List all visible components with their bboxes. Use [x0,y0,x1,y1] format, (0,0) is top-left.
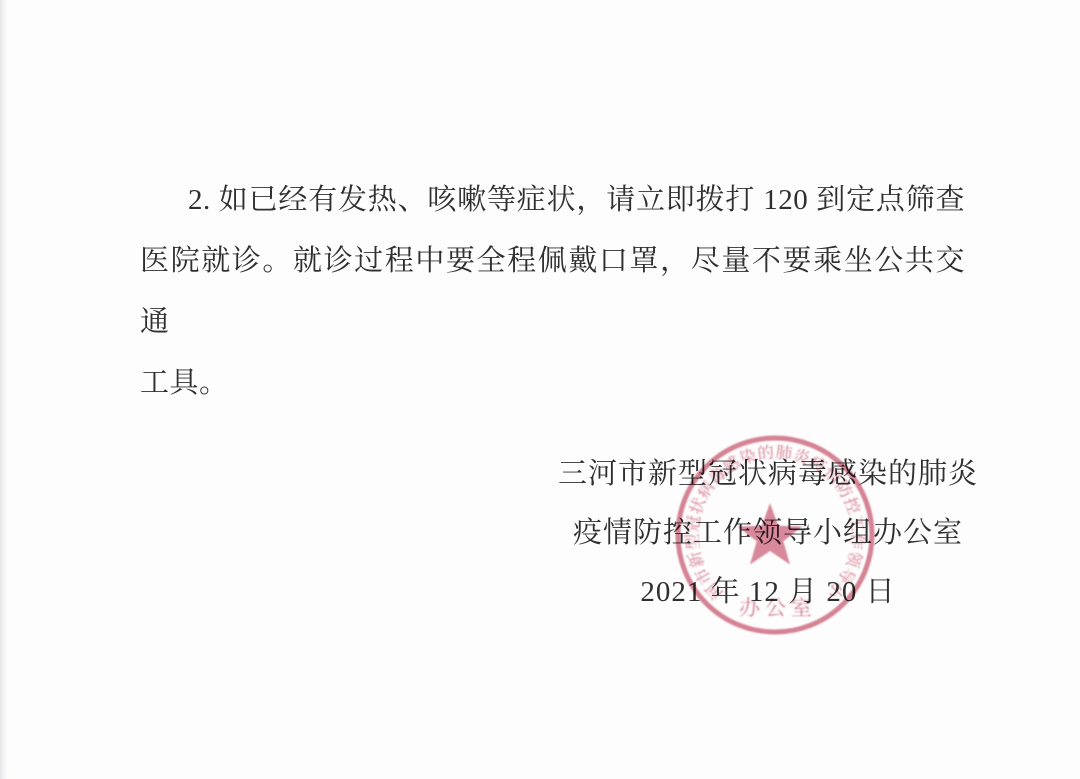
seal-bottom-text: 办公室 [739,596,817,620]
official-seal-stamp: 三河市新型冠状病毒感染的肺炎疫情防控工作领导小组 办公室 [645,405,905,665]
seal-curved-text: 三河市新型冠状病毒感染的肺炎疫情防控工作领导小组 [645,405,867,603]
paragraph: 2. 如已经有发热、咳嗽等症状，请立即拨打 120 到定点筛查 医院就诊。就诊过… [140,170,965,414]
paragraph-line-2: 医院就诊。就诊过程中要全程佩戴口罩，尽量不要乘坐公共交通 [140,231,965,353]
seal-star-icon [738,503,803,565]
scan-edge-artifact [0,0,7,779]
paragraph-line-1: 2. 如已经有发热、咳嗽等症状，请立即拨打 120 到定点筛查 [140,170,965,231]
scanned-document-page: 2. 如已经有发热、咳嗽等症状，请立即拨打 120 到定点筛查 医院就诊。就诊过… [0,0,1080,779]
